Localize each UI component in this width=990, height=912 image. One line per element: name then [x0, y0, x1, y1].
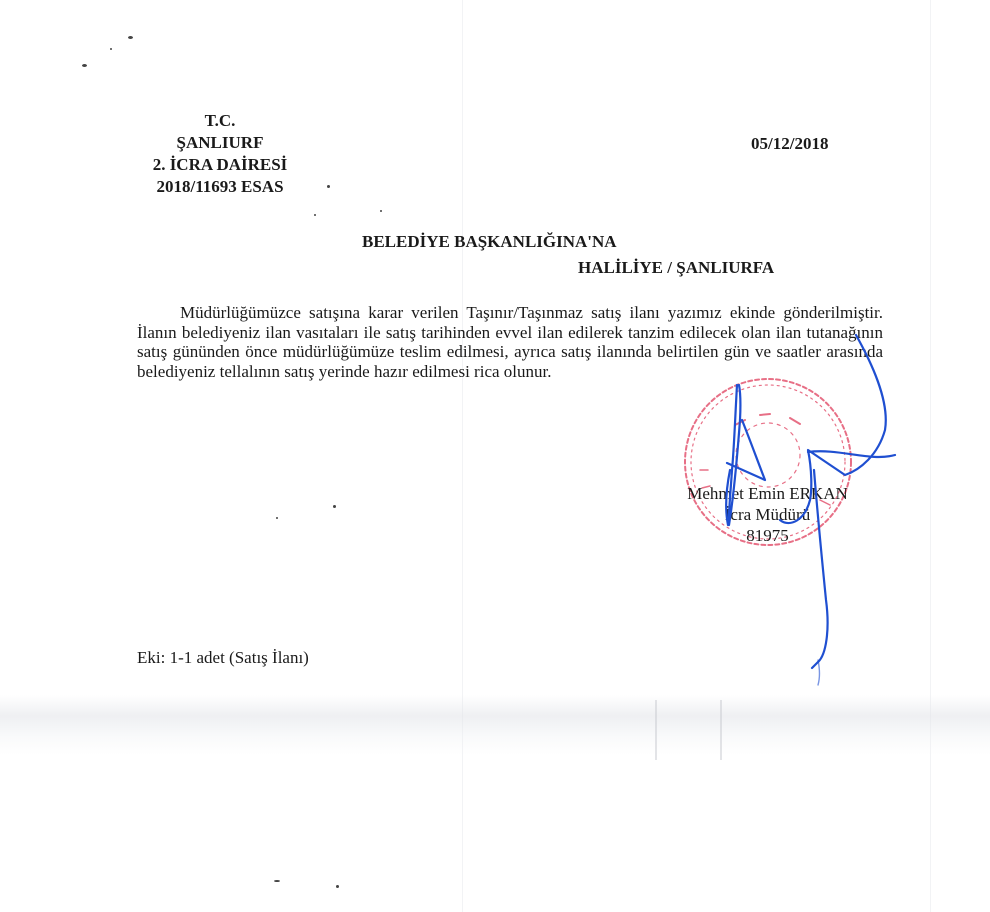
signature-block: Mehmet Emin ERKAN İcra Müdürü 81975 — [645, 483, 890, 546]
body-paragraph: Müdürlüğümüzce satışına karar verilen Ta… — [137, 303, 883, 381]
header-line: T.C. — [135, 110, 305, 132]
recipient-line-2: HALİLİYE / ŞANLIURFA — [578, 258, 774, 278]
scan-speck — [314, 214, 316, 216]
document-date: 05/12/2018 — [751, 134, 828, 154]
paper-crease — [655, 700, 657, 760]
scan-speck — [276, 517, 278, 519]
scan-speck — [128, 36, 133, 39]
scan-speck — [327, 185, 330, 188]
issuer-header: T.C. ŞANLIURF 2. İCRA DAİRESİ 2018/11693… — [135, 110, 305, 198]
paper-fold — [0, 695, 990, 755]
scan-speck — [82, 64, 87, 67]
scan-speck — [380, 210, 382, 212]
scan-speck — [110, 48, 112, 50]
scan-speck — [333, 505, 336, 508]
letter-body: Müdürlüğümüzce satışına karar verilen Ta… — [137, 303, 883, 381]
scan-line — [462, 0, 463, 912]
signer-number: 81975 — [645, 525, 890, 546]
scan-speck — [274, 880, 280, 882]
header-line: 2018/11693 ESAS — [135, 176, 305, 198]
attachment-note: Eki: 1-1 adet (Satış İlanı) — [137, 648, 309, 668]
signer-title: İcra Müdürü — [645, 504, 890, 525]
recipient-line-1: BELEDİYE BAŞKANLIĞINA'NA — [362, 232, 617, 252]
scan-line — [930, 0, 931, 912]
header-line: ŞANLIURF — [135, 132, 305, 154]
paper-crease — [720, 700, 722, 760]
header-line: 2. İCRA DAİRESİ — [135, 154, 305, 176]
scan-speck — [336, 885, 339, 888]
signer-name: Mehmet Emin ERKAN — [645, 483, 890, 504]
